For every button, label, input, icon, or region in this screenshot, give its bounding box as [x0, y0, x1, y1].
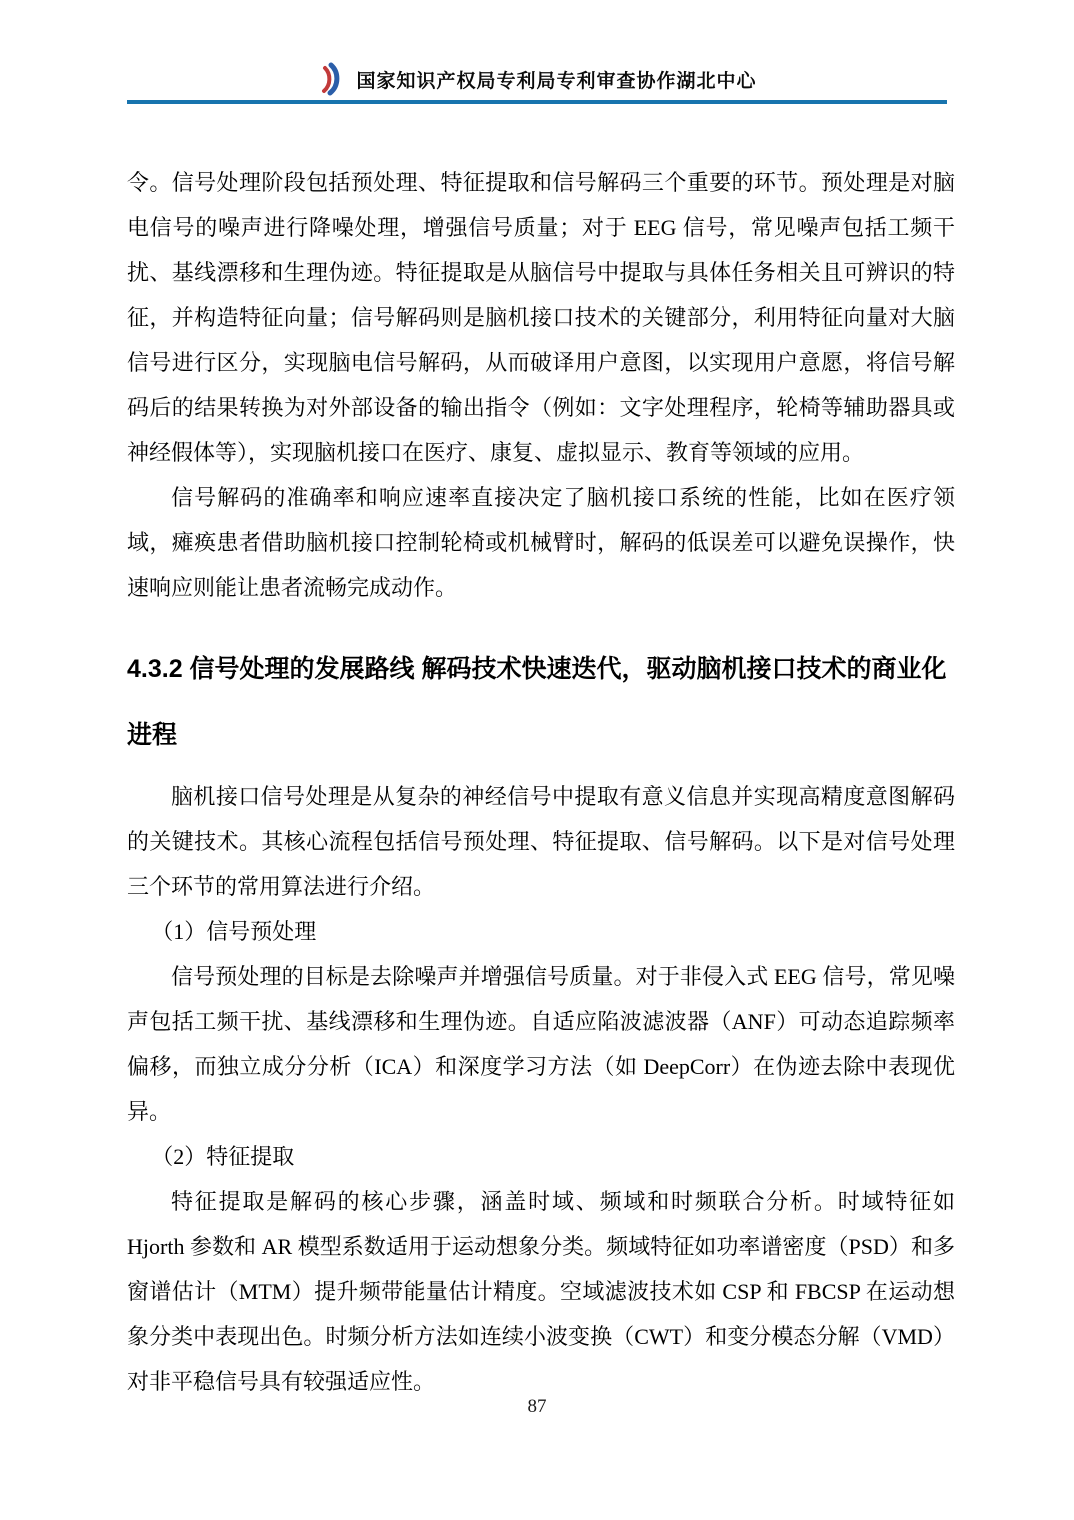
paragraph-feature-extraction-detail: 特征提取是解码的核心步骤，涵盖时域、频域和时频联合分析。时域特征如 Hjorth…	[127, 1179, 955, 1404]
list-item-feature-extraction: （2）特征提取	[127, 1134, 955, 1179]
paragraph-decoding-performance: 信号解码的准确率和响应速率直接决定了脑机接口系统的性能，比如在医疗领域，瘫痪患者…	[127, 475, 955, 610]
header-divider	[127, 100, 947, 104]
page-number: 87	[528, 1396, 547, 1417]
section-heading-4-3-2: 4.3.2 信号处理的发展路线 解码技术快速迭代，驱动脑机接口技术的商业化进程	[127, 636, 955, 768]
cnipa-logo-icon	[317, 62, 345, 96]
page-footer: 87	[0, 1396, 1074, 1418]
paragraph-continuation: 令。信号处理阶段包括预处理、特征提取和信号解码三个重要的环节。预处理是对脑电信号…	[127, 160, 955, 475]
header-title: 国家知识产权局专利局专利审查协作湖北中心	[356, 66, 756, 93]
list-item-signal-preprocessing: （1）信号预处理	[127, 909, 955, 954]
document-page: 国家知识产权局专利局专利审查协作湖北中心 令。信号处理阶段包括预处理、特征提取和…	[0, 0, 1074, 1520]
document-header: 国家知识产权局专利局专利审查协作湖北中心	[0, 0, 1074, 104]
document-body: 令。信号处理阶段包括预处理、特征提取和信号解码三个重要的环节。预处理是对脑电信号…	[127, 160, 955, 1404]
paragraph-signal-processing-intro: 脑机接口信号处理是从复杂的神经信号中提取有意义信息并实现高精度意图解码的关键技术…	[127, 774, 955, 909]
paragraph-preprocessing-detail: 信号预处理的目标是去除噪声并增强信号质量。对于非侵入式 EEG 信号，常见噪声包…	[127, 954, 955, 1134]
header-inner: 国家知识产权局专利局专利审查协作湖北中心	[127, 62, 947, 96]
